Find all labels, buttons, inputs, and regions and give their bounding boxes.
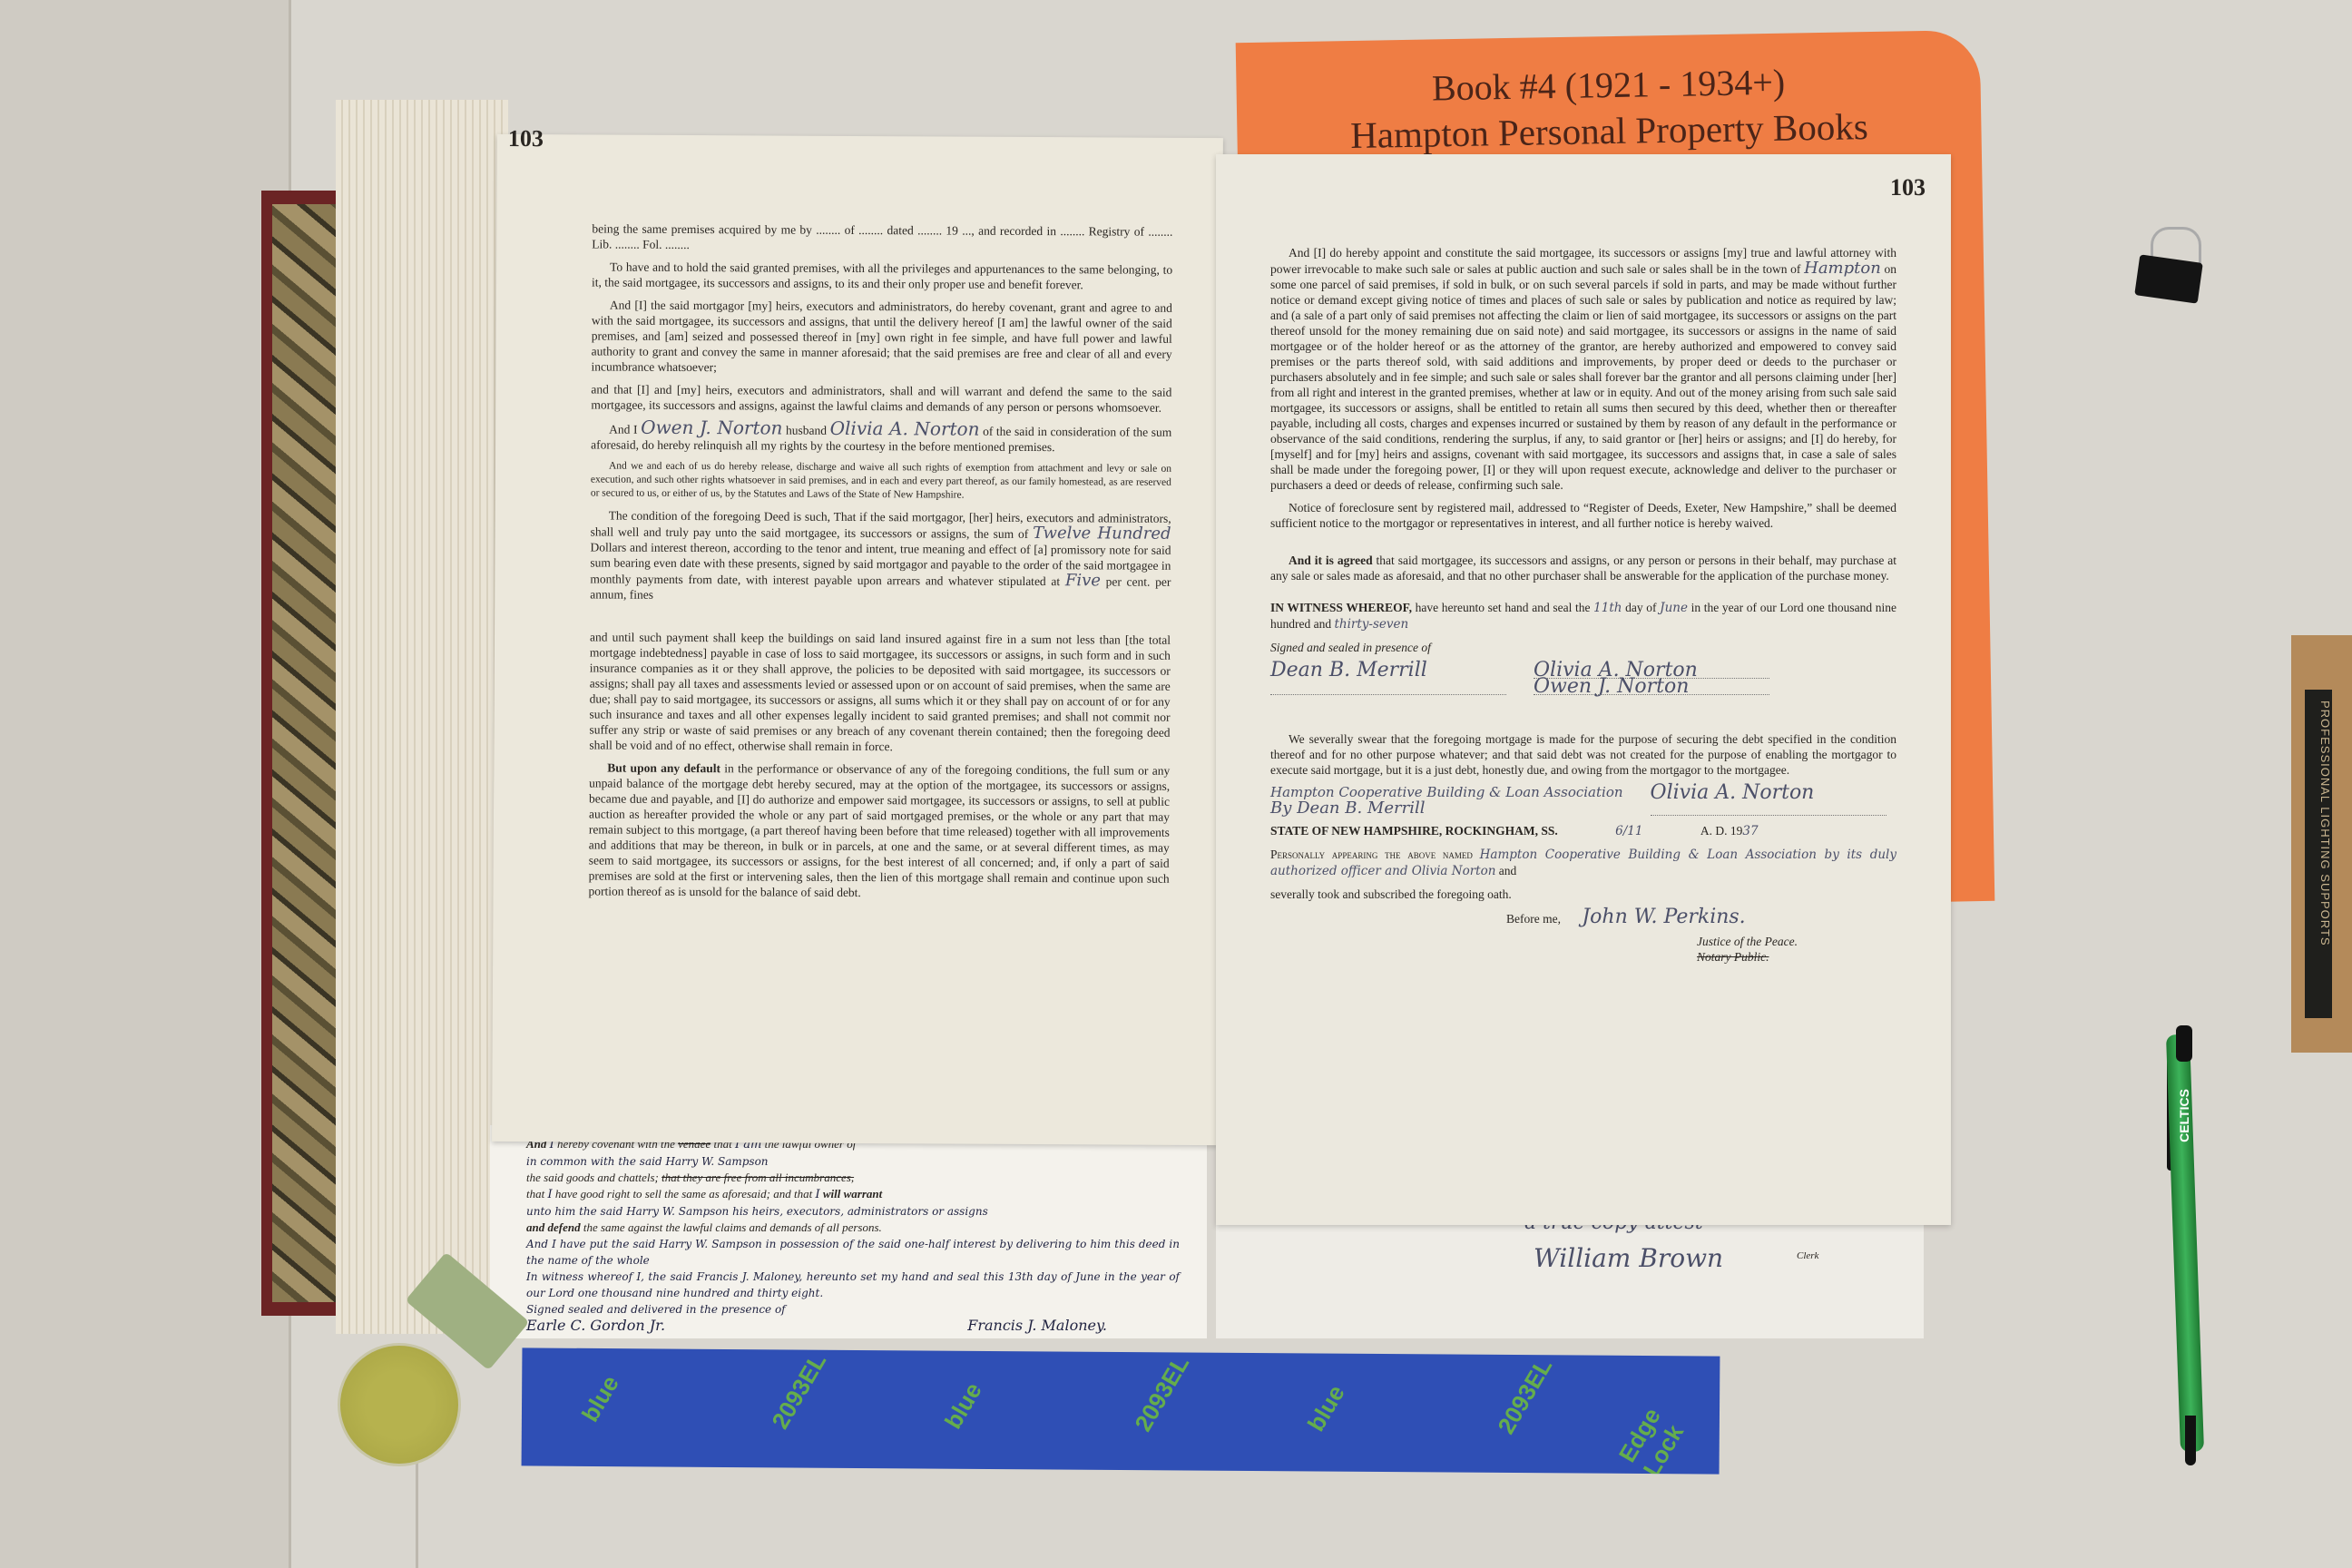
blue-painters-tape: blue 2093EL blue 2093EL blue 2093EL Edge…	[522, 1347, 1720, 1474]
witness-signature-gordon: Earle C. Gordon Jr.	[526, 1318, 665, 1334]
hand-state-year: 37	[1742, 824, 1758, 838]
ad-label: A. D. 19	[1700, 824, 1743, 838]
signed-sealed-label: Signed and sealed in presence of	[1270, 640, 1896, 655]
hand-year: thirty-seven	[1334, 617, 1408, 632]
hand-i-2: I	[547, 1188, 552, 1201]
tape-print-blue: blue	[576, 1371, 625, 1427]
hand-owen-norton: Owen J. Norton	[641, 416, 782, 439]
and-text: and	[1499, 864, 1517, 877]
label-line-2: Hampton Personal Property Books	[1237, 103, 1982, 159]
box-label: PROFESSIONAL LIGHTING SUPPORTS	[2305, 690, 2332, 1018]
hand-signed-sealed: Signed sealed and delivered in the prese…	[526, 1301, 1180, 1318]
state-line: STATE OF NEW HAMPSHIRE, ROCKINGHAM, SS.	[1270, 824, 1558, 838]
hand-witness-clause: In witness whereof I, the said Francis J…	[526, 1269, 1180, 1301]
warrant-text: will warrant	[823, 1187, 882, 1200]
clerk-label: Clerk	[1797, 1250, 1818, 1261]
hand-by-merrill: By Dean B. Merrill	[1270, 800, 1623, 816]
personally-text: Personally appearing the above named	[1270, 848, 1473, 861]
hand-state-date: 6/11	[1615, 824, 1642, 838]
seller-signature-maloney: Francis J. Maloney.	[967, 1318, 1107, 1334]
tape-print-blue: blue	[1302, 1380, 1351, 1436]
notary-signature-perkins: John W. Perkins.	[1582, 906, 1745, 928]
tape-print-edgelock: Edge Lock	[1613, 1359, 1717, 1475]
tape-print-code: 2093EL	[766, 1348, 832, 1434]
severally-text: severally took and subscribed the forego…	[1270, 887, 1896, 902]
hand-rate: Five	[1065, 571, 1101, 590]
para-insurance: and until such payment shall keep the bu…	[589, 629, 1171, 755]
tape-print-code: 2093EL	[1492, 1353, 1558, 1438]
justice-title: Justice of the Peace.	[1697, 934, 1896, 949]
oath-signer-left: Hampton Cooperative Building & Loan Asso…	[1270, 785, 1623, 816]
struck-incumbrances: that they are free from all incumbrances…	[661, 1171, 854, 1184]
para-attorney-2: on some one parcel of said premises, if …	[1270, 262, 1896, 492]
hand-insert-heirs: unto him the said Harry W. Sampson his h…	[526, 1203, 1180, 1220]
hand-olivia-norton: Olivia A. Norton	[830, 417, 980, 440]
pen-label: CELTICS	[2177, 1089, 2191, 1142]
hand-month: June	[1660, 601, 1688, 615]
para-homestead: And we and each of us do hereby release,…	[591, 459, 1171, 503]
oath-signatures: Hampton Cooperative Building & Loan Asso…	[1270, 785, 1896, 816]
defend-lead: and defend	[526, 1220, 581, 1234]
para-attorney: And [I] do hereby appoint and constitute…	[1270, 246, 1896, 276]
black-binder-clip	[2134, 254, 2203, 303]
hand-sum: Twelve Hundred	[1033, 524, 1171, 544]
page-number-right: 103	[1890, 174, 1926, 201]
goods-text: the said goods and chattels;	[526, 1171, 659, 1184]
signature-block: Dean B. Merrill Olivia A. Norton Owen J.…	[1270, 662, 1896, 695]
hand-town-hampton: Hampton	[1804, 259, 1881, 278]
hand-insert-common: in common with the said Harry W. Sampson	[526, 1153, 1180, 1170]
witness-signature-merrill: Dean B. Merrill	[1270, 662, 1506, 695]
para-default: in the performance or observance of any …	[589, 761, 1171, 899]
hand-i-3: I	[815, 1188, 819, 1201]
right-text: have good right to sell the same as afor…	[555, 1187, 812, 1200]
pen-tip	[2185, 1416, 2196, 1465]
day-of-text: day of	[1625, 601, 1656, 614]
that-lead: that	[526, 1187, 544, 1200]
lower-deed-page: And I hereby covenant with the vendee th…	[490, 1125, 1207, 1338]
default-lead: But upon any default	[607, 761, 720, 776]
para-warrant: and that [I] and [my] heirs, executors a…	[591, 381, 1171, 415]
right-page-103: 103 And [I] do hereby appoint and consti…	[1216, 154, 1951, 1225]
signature-stack: Olivia A. Norton Owen J. Norton	[1534, 662, 1769, 695]
pen-plunger	[2176, 1025, 2192, 1062]
hand-possession: And I have put the said Harry W. Sampson…	[526, 1236, 1180, 1269]
witness-text: have hereunto set hand and seal the	[1416, 601, 1591, 614]
witness-lead: IN WITNESS WHEREOF,	[1270, 601, 1412, 614]
notary-public-struck: Notary Public.	[1697, 950, 1769, 964]
clerk-signature: William Brown	[1534, 1243, 1723, 1273]
husband-text: husband	[786, 424, 827, 437]
desk-left-panel	[0, 0, 290, 1568]
left-page-103: 103 being the same premises acquired by …	[492, 134, 1223, 1145]
before-me-text: Before me,	[1506, 912, 1561, 926]
para-oath: We severally swear that the foregoing mo…	[1270, 731, 1896, 778]
hand-day: 11th	[1593, 601, 1622, 615]
para-covenant: And [I] the said mortgagor [my] heirs, e…	[592, 297, 1172, 377]
oath-signature-olivia: Olivia A. Norton	[1651, 785, 1886, 816]
tape-print-code: 2093EL	[1129, 1351, 1195, 1436]
para-notice: Notice of foreclosure sent by registered…	[1270, 500, 1896, 531]
signature-owen-norton: Owen J. Norton	[1534, 679, 1769, 695]
page-number-left: 103	[508, 125, 544, 152]
and-i-text: And I	[609, 423, 637, 436]
green-patterned-clip-disc	[338, 1343, 461, 1466]
defend-text: the same against the lawful claims and d…	[583, 1220, 882, 1234]
page-edges	[336, 100, 508, 1334]
tape-print-blue: blue	[939, 1377, 988, 1434]
right-underlying-page: a true copy attest William Brown Clerk	[1216, 1207, 1924, 1338]
para-premises: being the same premises acquired by me b…	[592, 220, 1172, 254]
agreed-lead: And it is agreed	[1289, 554, 1373, 567]
para-habendum: To have and to hold the said granted pre…	[592, 259, 1172, 292]
